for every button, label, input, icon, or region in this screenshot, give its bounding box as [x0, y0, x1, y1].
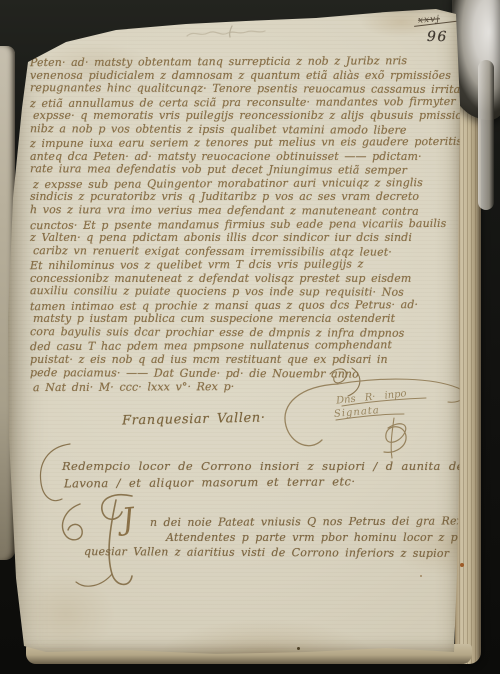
text-line: z Valten· q pena pdictam abonis illis dc… [30, 231, 456, 245]
text-line: Et nihilominus vos z quelibet vrm T dcis… [30, 257, 456, 273]
text-line: ded casu T hac pdem mea pmpsone nullaten… [30, 338, 456, 354]
text-line: matsty p iustam publica cum suspecione m… [33, 312, 456, 326]
folio-number: 96 [427, 29, 448, 45]
manuscript-photo: xxvj 96 Peten· ad· matsty obtentam tanq … [0, 0, 500, 674]
curled-corner-fold [478, 60, 494, 210]
text-line: concessionibz manuteneat z defendat voli… [30, 272, 456, 286]
faded-inscription-squiggle [185, 24, 269, 42]
chancery-note: Dns R· inpo Signata [276, 376, 476, 468]
paraph-flourish [276, 376, 476, 468]
text-line: anteq dca Peten· ad· matsty reuocacione … [30, 150, 456, 164]
main-text-block: Peten· ad· matsty obtentam tanq surrepti… [30, 55, 456, 394]
manuscript-page: xxvj 96 Peten· ad· matsty obtentam tanq … [6, 4, 462, 656]
ink-speck [297, 647, 300, 650]
foxing-speck [420, 575, 422, 577]
initial-swash [54, 490, 164, 594]
foxing-speck [460, 563, 464, 567]
text-line: puistat· z eis nob q ad ius mcm restitua… [30, 353, 456, 367]
section-heading: Franquesiar Vallen· [122, 410, 266, 428]
text-line: h vos z iura vra imo verius mea defendan… [30, 203, 456, 218]
text-line: z etiã annullamus de certa sciã pra reco… [30, 95, 456, 111]
text-line: Redempcio locor de Corrono insiori z sup… [62, 458, 464, 474]
text-line: n dei noie Pateat vniusis Q nos Petrus d… [150, 514, 500, 529]
redemptio-paragraph: Redempcio locor de Corrono insiori z sup… [62, 458, 464, 490]
text-line: venenosa piudicialem z damnosam z quantu… [30, 69, 456, 83]
text-line: Attendentes p parte vrm pbor hominu loco… [166, 531, 500, 544]
text-line: expsse· q memoratis vris puilegijs reonc… [33, 109, 456, 123]
text-line: z expsse sub pena Quingentor morabatinor… [33, 176, 456, 192]
text-line: Lavona / et aliquor masorum et terrar et… [64, 473, 464, 492]
text-line: Peten· ad· matsty obtentam tanq surrepti… [30, 54, 456, 70]
text-line: tamen intimao est q prochie z mansi quas… [30, 298, 456, 314]
text-line: sindicis z pcuratoribz vris q Juditaribz… [30, 190, 456, 204]
text-line: cunctos· Et p psente mandamus firmius su… [30, 216, 456, 232]
text-line: quesiar Vallen z aiaritius visti de Corr… [84, 545, 449, 560]
text-line: z impune iuxa earu seriem z tenores put … [30, 135, 456, 151]
